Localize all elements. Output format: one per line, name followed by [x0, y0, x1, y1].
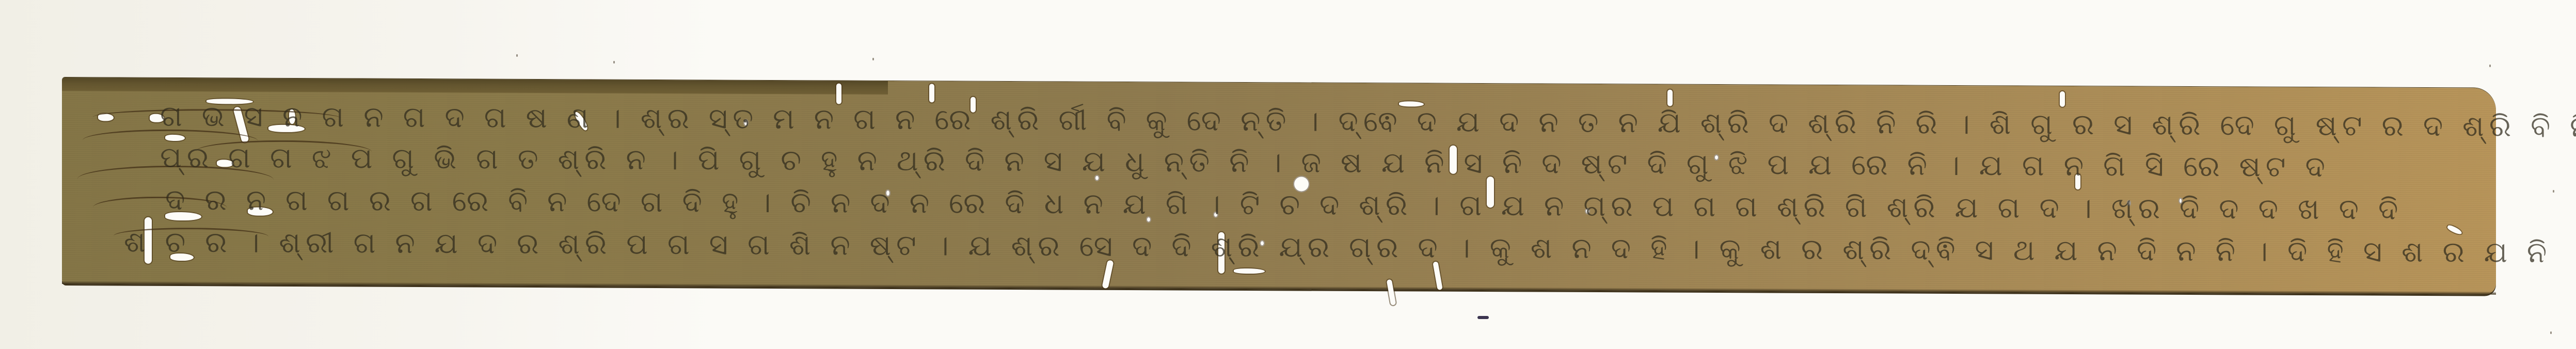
insect-damage: [1234, 268, 1265, 274]
manuscript-line-4: ଶ ଚ ର । ଶ୍ରୀ ଗ ନ ଯ ଦ ର ଶ୍ରି ପ ଗ ସ ଗ ଶି ନ…: [124, 226, 2552, 271]
dust-speck: [516, 54, 518, 57]
manuscript-line-2: ପ୍ର ଗ ଗ ଝ ପ ଗୁ ଭି ଗ ତ ଶ୍ରି ନ । ପି ଗୁ ଚ ହ…: [160, 141, 2330, 184]
dust-speck: [613, 61, 615, 64]
insect-damage: [2060, 91, 2065, 107]
palm-leaf-folio: ଗ ଭ ସ ନ ଗ ନ ଗ ଦ ଗ ଷ ଣ । ଶ୍ର ସ୍ତ ମ ନ ଗ ନ …: [62, 77, 2496, 295]
insect-damage: [1433, 261, 1442, 290]
dust-speck: [872, 58, 874, 60]
insect-damage: [836, 84, 841, 104]
manuscript-line-3: ଦ ର ନ ଗ ଗ ର ଗ ରେ ବି ନ ଦେ ଗ ଦି ହୁ । ଚି ନ …: [165, 183, 2403, 227]
insect-damage: [1667, 90, 1673, 106]
dust-speck: [2553, 190, 2554, 193]
dust-speck: [2550, 331, 2552, 334]
insect-damage: [929, 84, 934, 102]
insect-damage: [2446, 224, 2462, 235]
dust-speck: [2489, 65, 2491, 67]
leaf-top-edge-discoloration: [62, 77, 888, 94]
insect-damage: [1102, 260, 1114, 289]
insect-damage: [1387, 279, 1396, 306]
ruler-mark: [1477, 316, 1489, 319]
manuscript-line-1: ଗ ଭ ସ ନ ଗ ନ ଗ ଦ ଗ ଷ ଣ । ଶ୍ର ସ୍ତ ମ ନ ଗ ନ …: [160, 100, 2576, 145]
